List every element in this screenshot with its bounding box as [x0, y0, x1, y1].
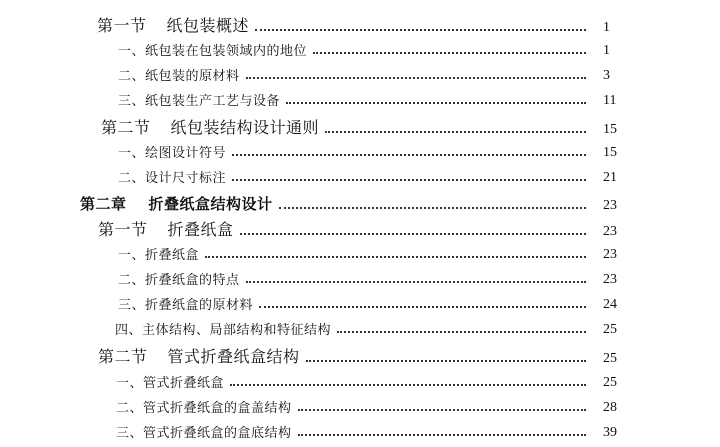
toc-entry-title: 三、管式折叠纸盒的盒底结构: [116, 422, 292, 441]
toc-entry-text: 管式折叠纸盒的盒底结构: [143, 426, 292, 441]
toc-entry-text: 折叠纸盒: [145, 248, 199, 263]
toc-entry-text: 主体结构、局部结构和特征结构: [142, 323, 331, 338]
dot-leader: [337, 331, 586, 333]
toc-entry-label: 第二节: [98, 347, 148, 366]
dot-leader: [286, 102, 586, 104]
toc-entry-item[interactable]: 二、纸包装的原材料 3: [0, 66, 720, 84]
toc-entry-body: 二、管式折叠纸盒的盒盖结构: [116, 398, 592, 416]
toc-entry-body: 三、纸包装生产工艺与设备: [118, 91, 592, 109]
toc-entry-item[interactable]: 二、管式折叠纸盒的盒盖结构 28: [0, 398, 720, 416]
dot-leader: [306, 360, 586, 362]
toc-page: 1 第一节纸包装概述 1 一、纸包装在包装领域内的地位 1 二、纸包装的原材料 …: [0, 0, 720, 447]
dot-leader: [298, 409, 586, 411]
toc-entry-label: 一、: [118, 248, 145, 263]
toc-entry-title: 一、绘图设计符号: [118, 142, 226, 161]
toc-entry-section[interactable]: 第一节纸包装概述 1: [0, 14, 720, 36]
toc-entry-text: 管式折叠纸盒: [143, 376, 224, 391]
toc-entry-text: 管式折叠纸盒的盒盖结构: [143, 401, 292, 416]
toc-entry-body: 第一节折叠纸盒: [98, 218, 592, 240]
toc-entry-title: 三、折叠纸盒的原材料: [118, 294, 253, 313]
toc-entry-text: 纸包装结构设计通则: [171, 118, 320, 137]
toc-page-number: 23: [603, 224, 617, 240]
toc-entry-label: 二、: [118, 273, 145, 288]
toc-entry-body: 一、管式折叠纸盒: [116, 373, 592, 391]
toc-entry-text: 折叠纸盒的特点: [145, 273, 240, 288]
toc-entry-text: 纸包装在包装领域内的地位: [145, 44, 307, 59]
toc-entry-body: 第二章折叠纸盒结构设计: [80, 192, 592, 214]
toc-page-number: 1: [603, 43, 610, 59]
toc-entry-section[interactable]: 第二节纸包装结构设计通则 15: [0, 116, 720, 138]
toc-entry-title: 四、主体结构、局部结构和特征结构: [115, 319, 331, 338]
toc-entry-label: 二、: [118, 171, 145, 186]
toc-page-number: 39: [603, 425, 617, 441]
toc-entry-label: 一、: [116, 376, 143, 391]
toc-entry-body: 第二节管式折叠纸盒结构: [98, 345, 592, 367]
dot-leader: [279, 207, 586, 209]
dot-leader: [205, 256, 586, 258]
toc-entry-label: 一、: [118, 146, 145, 161]
toc-entry-title: 第二节管式折叠纸盒结构: [98, 344, 300, 367]
toc-entry-title: 一、管式折叠纸盒: [116, 372, 224, 391]
toc-entry-item[interactable]: 一、折叠纸盒 23: [0, 245, 720, 263]
toc-entry-body: 二、折叠纸盒的特点: [118, 270, 592, 288]
toc-entry-item[interactable]: 二、设计尺寸标注 21: [0, 168, 720, 186]
toc-entry-label: 三、: [118, 94, 145, 109]
toc-entry-item[interactable]: 二、折叠纸盒的特点 23: [0, 270, 720, 288]
toc-entry-body: 三、管式折叠纸盒的盒底结构: [116, 423, 592, 441]
toc-entry-title: 二、管式折叠纸盒的盒盖结构: [116, 397, 292, 416]
toc-entry-label: 三、: [116, 426, 143, 441]
partial-page-number: 1: [605, 0, 612, 4]
dot-leader: [246, 77, 586, 79]
toc-page-number: 24: [603, 297, 617, 313]
toc-entry-label: 二、: [118, 69, 145, 84]
toc-entry-label: 一、: [118, 44, 145, 59]
toc-entry-title: 第二节纸包装结构设计通则: [101, 115, 319, 138]
toc-entry-text: 折叠纸盒的原材料: [145, 298, 253, 313]
toc-entry-text: 纸包装的原材料: [145, 69, 240, 84]
toc-entry-title: 三、纸包装生产工艺与设备: [118, 90, 280, 109]
toc-entry-section[interactable]: 第一节折叠纸盒 23: [0, 218, 720, 240]
dot-leader: [246, 281, 586, 283]
toc-entry-text: 纸包装生产工艺与设备: [145, 94, 280, 109]
toc-entry-title: 二、折叠纸盒的特点: [118, 269, 240, 288]
toc-entry-text: 绘图设计符号: [145, 146, 226, 161]
toc-entry-title: 一、折叠纸盒: [118, 244, 199, 263]
toc-entry-item[interactable]: 三、纸包装生产工艺与设备 11: [0, 91, 720, 109]
dot-leader: [298, 434, 586, 436]
toc-entry-label: 三、: [118, 298, 145, 313]
toc-entry-title: 二、纸包装的原材料: [118, 65, 240, 84]
toc-page-number: 1: [603, 20, 610, 36]
toc-entry-item[interactable]: 三、管式折叠纸盒的盒底结构 39: [0, 423, 720, 441]
toc-entry-body: 三、折叠纸盒的原材料: [118, 295, 592, 313]
toc-page-number: 25: [603, 322, 617, 338]
toc-entry-item[interactable]: 一、管式折叠纸盒 25: [0, 373, 720, 391]
toc-page-number: 28: [603, 400, 617, 416]
toc-entry-text: 纸包装概述: [167, 16, 250, 35]
dot-leader: [325, 131, 586, 133]
dot-leader: [259, 306, 586, 308]
toc-entry-label: 第二章: [80, 195, 127, 213]
toc-entry-text: 设计尺寸标注: [145, 171, 226, 186]
toc-page-number: 15: [603, 122, 617, 138]
toc-entry-item[interactable]: 四、主体结构、局部结构和特征结构 25: [0, 320, 720, 338]
dot-leader: [232, 179, 586, 181]
toc-entry-label: 第二节: [101, 118, 151, 137]
toc-entry-label: 第一节: [97, 16, 147, 35]
toc-entry-text: 管式折叠纸盒结构: [168, 347, 300, 366]
dot-leader: [313, 52, 586, 54]
toc-entry-title: 一、纸包装在包装领域内的地位: [118, 40, 307, 59]
toc-entry-label: 第一节: [98, 220, 148, 239]
toc-page-number: 23: [603, 198, 617, 214]
toc-entry-item[interactable]: 一、绘图设计符号 15: [0, 143, 720, 161]
toc-entry-title: 第一节折叠纸盒: [98, 217, 234, 240]
toc-page-number: 11: [603, 93, 616, 109]
toc-page-number: 25: [603, 351, 617, 367]
toc-entry-title: 二、设计尺寸标注: [118, 167, 226, 186]
toc-page-number: 21: [603, 170, 617, 186]
toc-page-number: 3: [603, 68, 610, 84]
toc-entry-body: 一、绘图设计符号: [118, 143, 592, 161]
toc-entry-label: 二、: [116, 401, 143, 416]
dot-leader: [255, 29, 586, 31]
toc-entry-text: 折叠纸盒: [168, 220, 234, 239]
toc-entry-text: 折叠纸盒结构设计: [149, 195, 273, 213]
toc-entry-body: 二、纸包装的原材料: [118, 66, 592, 84]
toc-entry-label: 四、: [115, 323, 142, 338]
partial-top-line: 1: [0, 0, 720, 4]
toc-entry-body: 第一节纸包装概述: [97, 14, 592, 36]
dot-leader: [240, 233, 586, 235]
toc-entry-chapter[interactable]: 第二章折叠纸盒结构设计 23: [0, 192, 720, 214]
toc-entry-item[interactable]: 一、纸包装在包装领域内的地位 1: [0, 41, 720, 59]
toc-entry-body: 一、纸包装在包装领域内的地位: [118, 41, 592, 59]
toc-entry-item[interactable]: 三、折叠纸盒的原材料 24: [0, 295, 720, 313]
toc-entry-body: 二、设计尺寸标注: [118, 168, 592, 186]
toc-page-number: 15: [603, 145, 617, 161]
toc-entry-title: 第一节纸包装概述: [97, 13, 249, 36]
toc-page-number: 25: [603, 375, 617, 391]
toc-entry-section[interactable]: 第二节管式折叠纸盒结构 25: [0, 345, 720, 367]
toc-entry-title: 第二章折叠纸盒结构设计: [80, 193, 273, 214]
toc-entry-body: 四、主体结构、局部结构和特征结构: [115, 320, 592, 338]
toc-entry-body: 一、折叠纸盒: [118, 245, 592, 263]
toc-page-number: 23: [603, 272, 617, 288]
dot-leader: [230, 384, 586, 386]
toc-entry-body: 第二节纸包装结构设计通则: [101, 116, 592, 138]
dot-leader: [232, 154, 586, 156]
toc-page-number: 23: [603, 247, 617, 263]
